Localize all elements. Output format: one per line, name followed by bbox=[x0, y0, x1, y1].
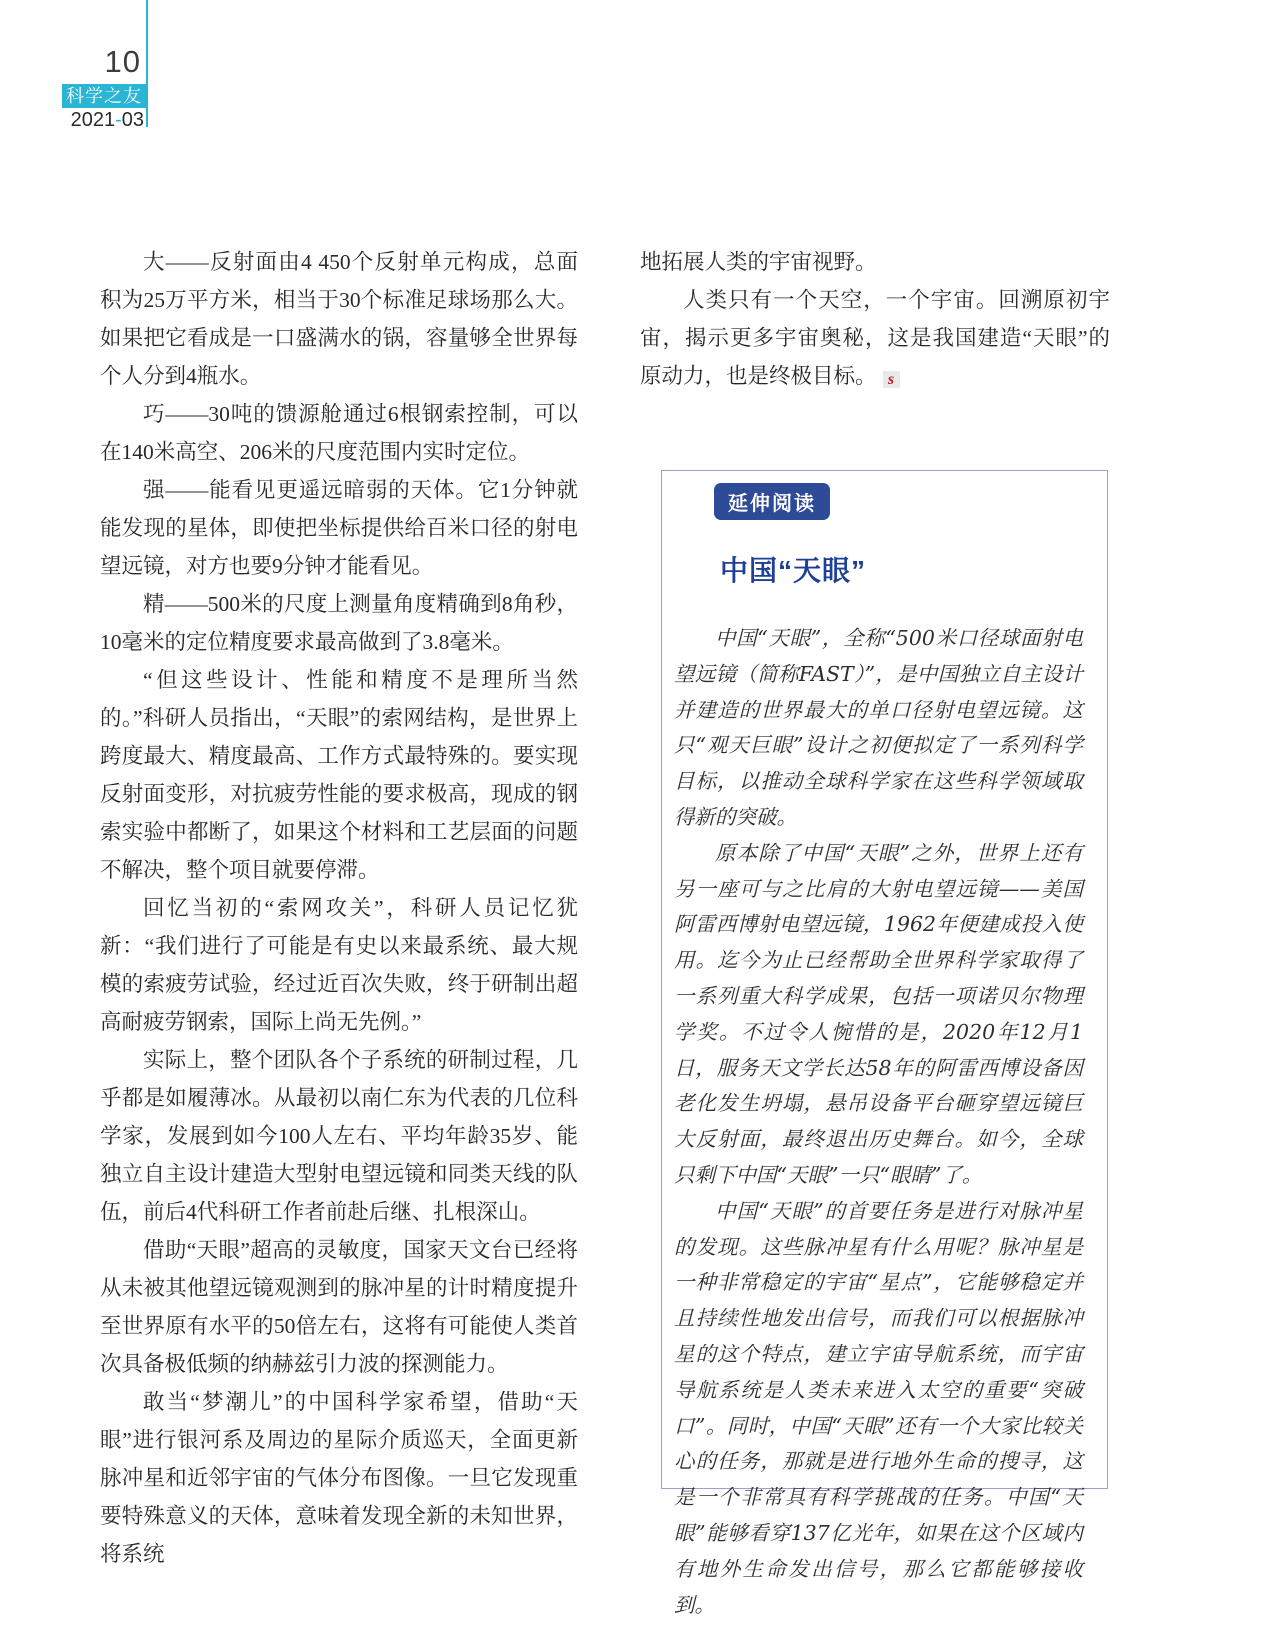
issue-date: 2021-03 bbox=[38, 109, 144, 132]
right-column: 地拓展人类的宇宙视野。 人类只有一个天空，一个宇宙。回溯原初宇宙，揭示更多宇宙奥… bbox=[640, 243, 1110, 395]
paragraph-text: 人类只有一个天空，一个宇宙。回溯原初宇宙，揭示更多宇宙奥秘，这是我国建造“天眼”… bbox=[640, 288, 1110, 388]
body-paragraph: 回忆当初的“索网攻关”，科研人员记忆犹新：“我们进行了可能是有史以来最系统、最大… bbox=[100, 889, 578, 1041]
left-column: 大——反射面由4 450个反射单元构成，总面积为25万平方米，相当于30个标准足… bbox=[100, 243, 578, 1573]
body-paragraph: 巧——30吨的馈源舱通过6根钢索控制，可以在140米高空、206米的尺度范围内实… bbox=[100, 395, 578, 471]
body-paragraph: 借助“天眼”超高的灵敏度，国家天文台已经将从未被其他望远镜观测到的脉冲星的计时精… bbox=[100, 1231, 578, 1383]
magazine-page: 10 科学之友 2021-03 大——反射面由4 450个反射单元构成，总面积为… bbox=[0, 0, 1270, 1642]
body-paragraph: 大——反射面由4 450个反射单元构成，总面积为25万平方米，相当于30个标准足… bbox=[100, 243, 578, 395]
body-paragraph: 地拓展人类的宇宙视野。 bbox=[640, 243, 1110, 281]
body-paragraph-last: 人类只有一个天空，一个宇宙。回溯原初宇宙，揭示更多宇宙奥秘，这是我国建造“天眼”… bbox=[640, 281, 1110, 395]
issue-separator: - bbox=[115, 109, 122, 131]
extended-reading-badge: 延伸阅读 bbox=[714, 483, 830, 520]
magazine-name-badge: 科学之友 bbox=[62, 84, 146, 108]
page-number: 10 bbox=[38, 44, 141, 80]
article-end-icon: s bbox=[883, 371, 900, 388]
sidebar-body: 中国“天眼”，全称“500米口径球面射电望远镜（简称FAST）”，是中国独立自主… bbox=[674, 621, 1083, 1623]
issue-month: 03 bbox=[122, 109, 144, 131]
issue-year: 2021 bbox=[71, 109, 116, 131]
body-paragraph: 精——500米的尺度上测量角度精确到8角秒，10毫米的定位精度要求最高做到了3.… bbox=[100, 585, 578, 661]
body-paragraph: “但这些设计、性能和精度不是理所当然的。”科研人员指出，“天眼”的索网结构，是世… bbox=[100, 661, 578, 889]
sidebar-paragraph: 原本除了中国“天眼”之外，世界上还有另一座可与之比肩的大射电望远镜——美国阿雷西… bbox=[674, 836, 1083, 1194]
sidebar-title: 中国“天眼” bbox=[720, 549, 866, 589]
body-paragraph: 强——能看见更遥远暗弱的天体。它1分钟就能发现的星体，即使把坐标提供给百米口径的… bbox=[100, 471, 578, 585]
body-paragraph: 敢当“梦潮儿”的中国科学家希望，借助“天眼”进行银河系及周边的星际介质巡天，全面… bbox=[100, 1383, 578, 1573]
header-rule bbox=[146, 0, 148, 127]
extended-reading-box: 延伸阅读 中国“天眼” 中国“天眼”，全称“500米口径球面射电望远镜（简称FA… bbox=[661, 470, 1108, 1489]
sidebar-paragraph: 中国“天眼”，全称“500米口径球面射电望远镜（简称FAST）”，是中国独立自主… bbox=[674, 621, 1083, 836]
body-paragraph: 实际上，整个团队各个子系统的研制过程，几乎都是如履薄冰。从最初以南仁东为代表的几… bbox=[100, 1041, 578, 1231]
sidebar-paragraph: 中国“天眼”的首要任务是进行对脉冲星的发现。这些脉冲星有什么用呢？脉冲星是一种非… bbox=[674, 1194, 1083, 1624]
